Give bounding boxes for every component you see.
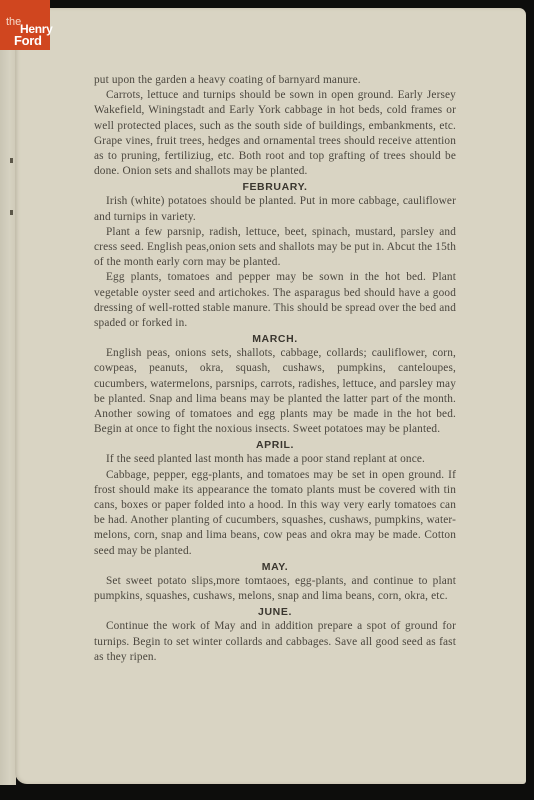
- april-paragraph: If the seed planted last month has made …: [94, 452, 456, 467]
- section-heading-april: APRIL.: [94, 438, 456, 452]
- february-paragraph: Egg plants, tomatoes and pepper may be s…: [94, 270, 456, 331]
- june-paragraph: Continue the work of May and in addition…: [94, 619, 456, 665]
- book-spine-edge: [0, 40, 16, 785]
- section-heading-march: MARCH.: [94, 332, 456, 346]
- section-heading-february: FEBRUARY.: [94, 180, 456, 194]
- february-paragraph: Irish (white) potatoes should be planted…: [94, 194, 456, 224]
- intro-paragraph: put upon the garden a heavy coating of b…: [94, 73, 456, 88]
- binding-mark: [10, 210, 13, 215]
- march-paragraph: English peas, onions sets, shallots, cab…: [94, 346, 456, 437]
- binding-mark: [10, 158, 13, 163]
- logo-text-the: the: [6, 17, 21, 28]
- section-heading-june: JUNE.: [94, 605, 456, 619]
- section-heading-may: MAY.: [94, 560, 456, 574]
- february-paragraph: Plant a few parsnip, radish, lettuce, be…: [94, 225, 456, 271]
- april-paragraph: Cabbage, pepper, egg-plants, and tomatoe…: [94, 468, 456, 559]
- may-paragraph: Set sweet potato slips,more tomtaoes, eg…: [94, 574, 456, 604]
- henry-ford-logo: the Henry Ford: [0, 0, 50, 50]
- logo-text-ford: Ford: [14, 34, 42, 47]
- intro-paragraph: Carrots, lettuce and turnips should be s…: [94, 88, 456, 179]
- page-body: put upon the garden a heavy coating of b…: [94, 73, 456, 665]
